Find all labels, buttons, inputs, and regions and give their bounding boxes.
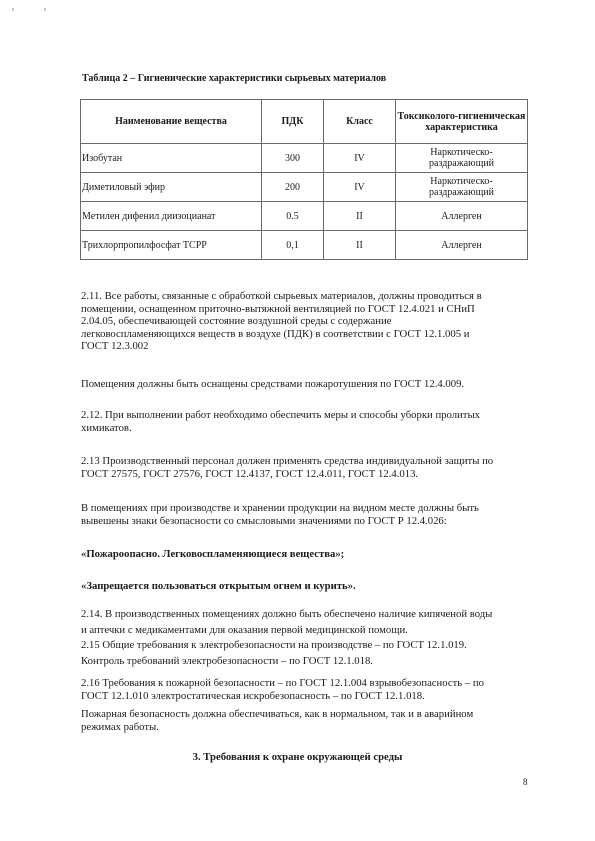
cell-class: II bbox=[324, 202, 396, 231]
page-number: 8 bbox=[523, 777, 528, 787]
paragraph-fire-modes: Пожарная безопасность должна обеспечиват… bbox=[81, 708, 541, 733]
cell-characteristic: Наркотическо-раздражающий bbox=[396, 173, 528, 202]
cell-characteristic: Аллерген bbox=[396, 202, 528, 231]
paragraph-2-16: 2.16 Требования к пожарной безопасности … bbox=[81, 677, 541, 702]
paragraph-safety-signs: В помещениях при производстве и хранении… bbox=[81, 502, 541, 527]
scan-mark bbox=[44, 8, 46, 11]
table-row: Трихлорпропилфосфат ТСРР 0,1 II Аллерген bbox=[81, 231, 528, 260]
header-characteristic: Токсиколого-гигиеническая характеристика bbox=[396, 100, 528, 144]
cell-characteristic: Аллерген bbox=[396, 231, 528, 260]
paragraph-fire-equipment: Помещения должны быть оснащены средствам… bbox=[81, 378, 541, 391]
sign-flammable: «Пожароопасно. Легковоспламеняющиеся вещ… bbox=[81, 548, 541, 561]
cell-characteristic: Наркотическо-раздражающий bbox=[396, 144, 528, 173]
hygiene-table: Наименование вещества ПДК Класс Токсикол… bbox=[80, 99, 528, 260]
paragraph-2-12: 2.12. При выполнении работ необходимо об… bbox=[81, 409, 541, 434]
cell-name: Изобутан bbox=[81, 144, 262, 173]
cell-pdk: 200 bbox=[262, 173, 324, 202]
cell-pdk: 0.5 bbox=[262, 202, 324, 231]
scan-mark bbox=[12, 8, 14, 11]
cell-class: IV bbox=[324, 173, 396, 202]
table-caption: Таблица 2 – Гигиенические характеристики… bbox=[82, 73, 386, 84]
table-row: Диметиловый эфир 200 IV Наркотическо-раз… bbox=[81, 173, 528, 202]
cell-name: Трихлорпропилфосфат ТСРР bbox=[81, 231, 262, 260]
cell-name: Диметиловый эфир bbox=[81, 173, 262, 202]
table-row: Метилен дифенил диизоцианат 0.5 II Аллер… bbox=[81, 202, 528, 231]
sign-no-open-fire: «Запрещается пользоваться открытым огнем… bbox=[81, 580, 541, 593]
cell-class: IV bbox=[324, 144, 396, 173]
header-class: Класс bbox=[324, 100, 396, 144]
paragraph-2-15: 2.15 Общие требования к электробезопасно… bbox=[81, 638, 541, 669]
cell-pdk: 300 bbox=[262, 144, 324, 173]
table-row: Изобутан 300 IV Наркотическо-раздражающи… bbox=[81, 144, 528, 173]
header-name: Наименование вещества bbox=[81, 100, 262, 144]
paragraph-2-13: 2.13 Производственный персонал должен пр… bbox=[81, 455, 541, 480]
paragraph-2-14: 2.14. В производственных помещениях долж… bbox=[81, 607, 541, 638]
table-header-row: Наименование вещества ПДК Класс Токсикол… bbox=[81, 100, 528, 144]
paragraph-2-11: 2.11. Все работы, связанные с обработкой… bbox=[81, 290, 541, 353]
cell-class: II bbox=[324, 231, 396, 260]
cell-name: Метилен дифенил диизоцианат bbox=[81, 202, 262, 231]
header-pdk: ПДК bbox=[262, 100, 324, 144]
section-heading: 3. Требования к охране окружающей среды bbox=[0, 751, 595, 763]
cell-pdk: 0,1 bbox=[262, 231, 324, 260]
